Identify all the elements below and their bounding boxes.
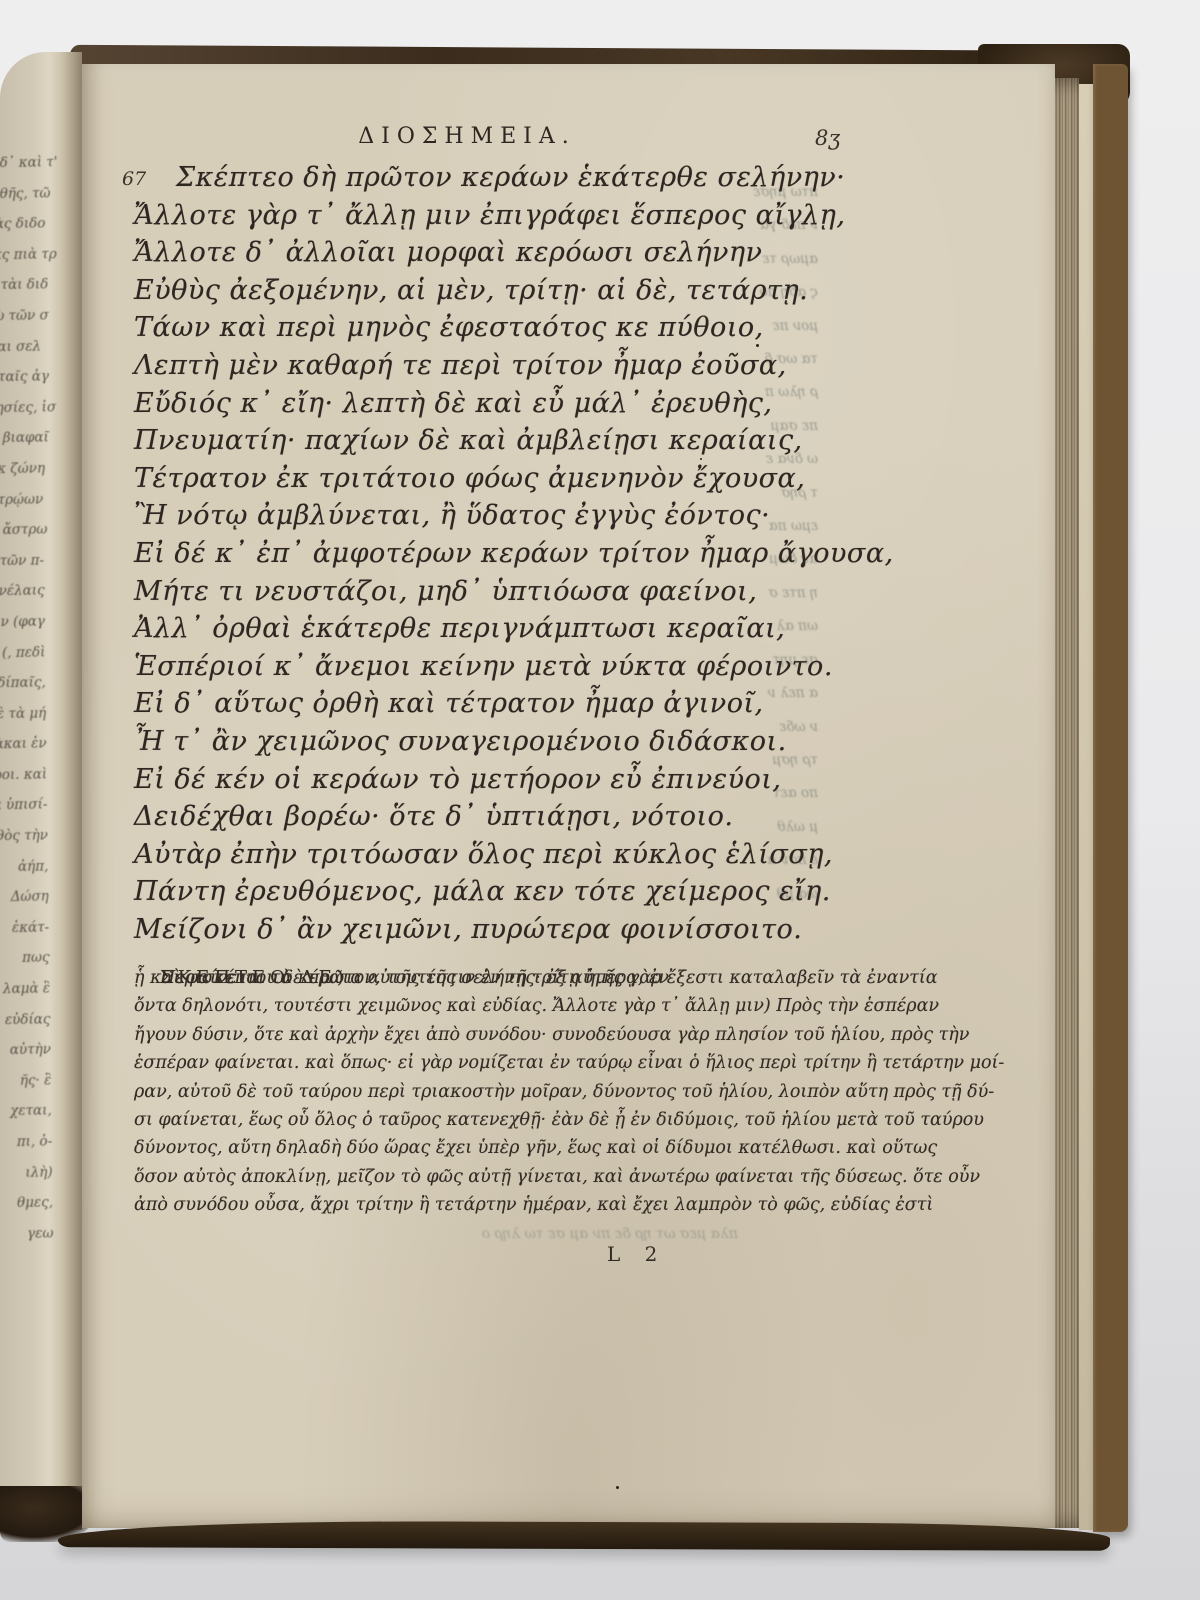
fragment-line: χεται, bbox=[0, 1096, 52, 1128]
fragment-line: ἀστρῴων bbox=[0, 484, 43, 516]
fragment-line: σαυτῶν π- bbox=[0, 545, 44, 577]
fragment-line: ν (φαγ bbox=[0, 606, 45, 638]
verse-line: Δειδέχθαι βορέω· ὅτε δ᾽ ὑπτιάῃσι, νότοιο… bbox=[134, 798, 914, 836]
fragment-line: ξαρ, δ᾽ καὶ τ' bbox=[0, 148, 39, 180]
fragment-line: ῆς· ἓ bbox=[0, 1065, 52, 1097]
endpaper-strip bbox=[1079, 84, 1093, 1530]
book-photo: ξαρ, δ᾽ καὶ τ'στρηθῆς, τῶκ᾽ τὰς διδολληκ… bbox=[0, 0, 1200, 1600]
fragment-line: πῶν βιαφαῖ bbox=[0, 423, 43, 455]
fragment-line: κ᾽ τὰς διδο bbox=[0, 209, 40, 241]
verse-line: Ἢ νότῳ ἀμβλύνεται, ἢ ὕδατος ἐγγὺς ἐόντος… bbox=[134, 497, 914, 535]
verse-block: Σκέπτεο δὴ πρῶτον κεράων ἑκάτερθε σελήνη… bbox=[134, 159, 914, 948]
verse-line: Εἰ δ᾽ αὕτως ὀρθὴ καὶ τέτρατον ἦμαρ ἀγινο… bbox=[134, 685, 914, 723]
commentary-line: ᾗ καὶ φαίνεται τὰ κέρατα αὐτῆς τῆς σελήν… bbox=[134, 964, 1004, 992]
signature-mark: L 2 bbox=[607, 1242, 666, 1266]
fragment-line: πῶν τὰι διδ bbox=[0, 270, 40, 302]
verse-line: Ἦ τ᾽ ἂν χειμῶνος συναγειρομένοιο διδάσκο… bbox=[134, 723, 914, 761]
fragment-line: ἀήπ, bbox=[0, 851, 49, 883]
verse-line: Αὐτὰρ ἐπὴν τριτόωσαν ὅλος περὶ κύκλος ἑλ… bbox=[134, 836, 914, 874]
fragment-line: ρωται σελ bbox=[0, 331, 41, 363]
fragment-line: ιλὴ) bbox=[0, 1157, 53, 1189]
fragment-line: πως bbox=[0, 943, 50, 975]
verse-line: Ἄλλοτε γὰρ τ᾽ ἄλλῃ μιν ἐπιγράφει ἕσπερος… bbox=[134, 197, 914, 235]
verse-line: Εὐθὺς ἀεξομένην, αἱ μὲν, τρίτῃ· αἱ δὲ, τ… bbox=[134, 272, 914, 310]
verse-line: Εὔδιός κ᾽ εἴη· λεπτὴ δὲ καὶ εὖ μάλ᾽ ἐρευ… bbox=[134, 385, 914, 423]
fragment-line: ) Γενέλαις bbox=[0, 576, 45, 608]
commentary-line: δύνοντος, αὕτη δηλαδὴ δύο ὥρας ἔχει ὑπὲρ… bbox=[134, 1134, 1004, 1162]
commentary-line: ὄντα δηλονότι, τουτέστι χειμῶνος καὶ εὐδ… bbox=[134, 992, 1004, 1020]
fragment-line: θὸς τὴν bbox=[0, 821, 48, 853]
fragment-line: γεω bbox=[0, 1218, 54, 1250]
fragment-line: αὐτὴν bbox=[0, 1035, 51, 1067]
verse-line: Εἰ δέ κ᾽ ἐπ᾽ ἀμφοτέρων κεράων τρίτον ἦμα… bbox=[134, 535, 914, 573]
fragment-line: , κ᾽ ταῖς ἀγ bbox=[0, 362, 42, 394]
fragment-line: ὰ ὑπισί- bbox=[0, 790, 48, 822]
commentary-line: σι φαίνεται, ἕως οὗ ὅλος ὁ ταῦρος κατενε… bbox=[134, 1106, 1004, 1134]
commentary-line: ραν, αὐτοῦ δὲ τοῦ ταύρου περὶ τριακοστὴν… bbox=[134, 1078, 1004, 1106]
left-page-text-fragments: ξαρ, δ᾽ καὶ τ'στρηθῆς, τῶκ᾽ τὰς διδολληκ… bbox=[0, 148, 54, 1250]
verse-line: Μήτε τι νευστάζοι, μηδ᾽ ὑπτιόωσα φαείνοι… bbox=[134, 573, 914, 611]
fragment-line: δὲ τὰ μή bbox=[0, 698, 46, 730]
verse-line: Μείζονι δ᾽ ἂν χειμῶνι, πυρώτερα φοινίσσο… bbox=[134, 911, 914, 949]
verse-line: Τάων καὶ περὶ μηνὸς ἐφεσταότος κε πύθοιο… bbox=[134, 309, 914, 347]
commentary-line: ἑσπέραν φαίνεται. καὶ ὅπως· εἰ γὰρ νομίζ… bbox=[134, 1049, 1004, 1077]
fragment-line: εὐδίας bbox=[0, 1004, 51, 1036]
dust-speck bbox=[616, 1486, 619, 1489]
fragment-line: πι, ὁ- bbox=[0, 1126, 52, 1158]
fragment-line: Δώση bbox=[0, 882, 49, 914]
fragment-line: δ᾽ ἐκ ζώνη bbox=[0, 453, 43, 485]
fragment-line: στρηθῆς, τῶ bbox=[0, 178, 39, 210]
showthrough-footer: πλα μεσ ωτ ηρ δε πν αμ σε τω ληρ ο bbox=[178, 1226, 738, 1242]
page-title: ΔΙΟΣΗΜΕΙΑ. bbox=[344, 124, 590, 149]
page-number: 8ʒ bbox=[815, 126, 840, 150]
verse-line: Ἄλλοτε δ᾽ ἀλλοῖαι μορφαὶ κερόωσι σελήνην bbox=[134, 234, 914, 272]
verse-line: Σκέπτεο δὴ πρῶτον κεράων ἑκάτερθε σελήνη… bbox=[134, 159, 914, 197]
fragment-line: ππρησίες, ἰσ bbox=[0, 392, 42, 424]
commentary-line: ἀπὸ συνόδου οὖσα, ἄχρι τρίτην ἢ τετάρτην… bbox=[134, 1191, 1004, 1219]
left-page-edge: ξαρ, δ᾽ καὶ τ'στρηθῆς, τῶκ᾽ τὰς διδολληκ… bbox=[0, 52, 82, 1530]
fragment-line: ἐκάτ- bbox=[0, 912, 49, 944]
verse-line: Ἑσπέριοί κ᾽ ἄνεμοι κείνην μετὰ νύκτα φέρ… bbox=[134, 648, 914, 686]
fragment-line: θροι. καὶ bbox=[0, 759, 47, 791]
page-fore-edge bbox=[1055, 78, 1079, 1528]
fragment-line: δίπαῖς, bbox=[0, 668, 46, 700]
fragment-line: (, πεδὶ bbox=[0, 637, 46, 669]
binding-bottom-edge bbox=[58, 1520, 1110, 1551]
page: πτω μησεν πεδ γααμωρ τες αδη πομον πετα … bbox=[82, 64, 1055, 1528]
commentary-lines: ᾗ καὶ φαίνεται τὰ κέρατα αὐτῆς τῆς σελήν… bbox=[134, 964, 1004, 1220]
dust-speck bbox=[700, 458, 702, 460]
verse-line: Λεπτὴ μὲν καθαρή τε περὶ τρίτον ἦμαρ ἐοῦ… bbox=[134, 347, 914, 385]
fragment-line: λαμὰ ἓ bbox=[0, 974, 50, 1006]
verse-line: Τέτρατον ἐκ τριτάτοιο φόως ἀμενηνὸν ἔχου… bbox=[134, 460, 914, 498]
verse-line: Ἀλλ᾽ ὀρθαὶ ἑκάτερθε περιγνάμπτωσι κεραῖα… bbox=[134, 610, 914, 648]
verse-line: Πνευματίη· παχίων δὲ καὶ ἀμβλείῃσι κεραί… bbox=[134, 422, 914, 460]
fragment-line: θμες, bbox=[0, 1188, 53, 1220]
marbled-cover-board bbox=[1093, 64, 1128, 1532]
commentary-line: ἤγουν δύσιν, ὅτε καὶ ἀρχὴν ἔχει ἀπὸ συνό… bbox=[134, 1021, 1004, 1049]
fragment-line: ὰκαι ἐν bbox=[0, 729, 47, 761]
fragment-line: τῶν ἄστρω bbox=[0, 515, 44, 547]
verse-line: Πάντη ἐρευθόμενος, μάλα κεν τότε χείμερο… bbox=[134, 873, 914, 911]
verse-line: Εἰ δέ κέν οἱ κεράων τὸ μετήορον εὖ ἐπινε… bbox=[134, 761, 914, 799]
dust-speck bbox=[756, 344, 759, 347]
fragment-line: ς τιὼ τῶν σ bbox=[0, 301, 41, 333]
fragment-line: λληκς πιὰ τρ bbox=[0, 239, 40, 271]
commentary-line: ὅσον αὐτὸς ἀποκλίνῃ, μεῖζον τὸ φῶς αὐτῇ … bbox=[134, 1163, 1004, 1191]
